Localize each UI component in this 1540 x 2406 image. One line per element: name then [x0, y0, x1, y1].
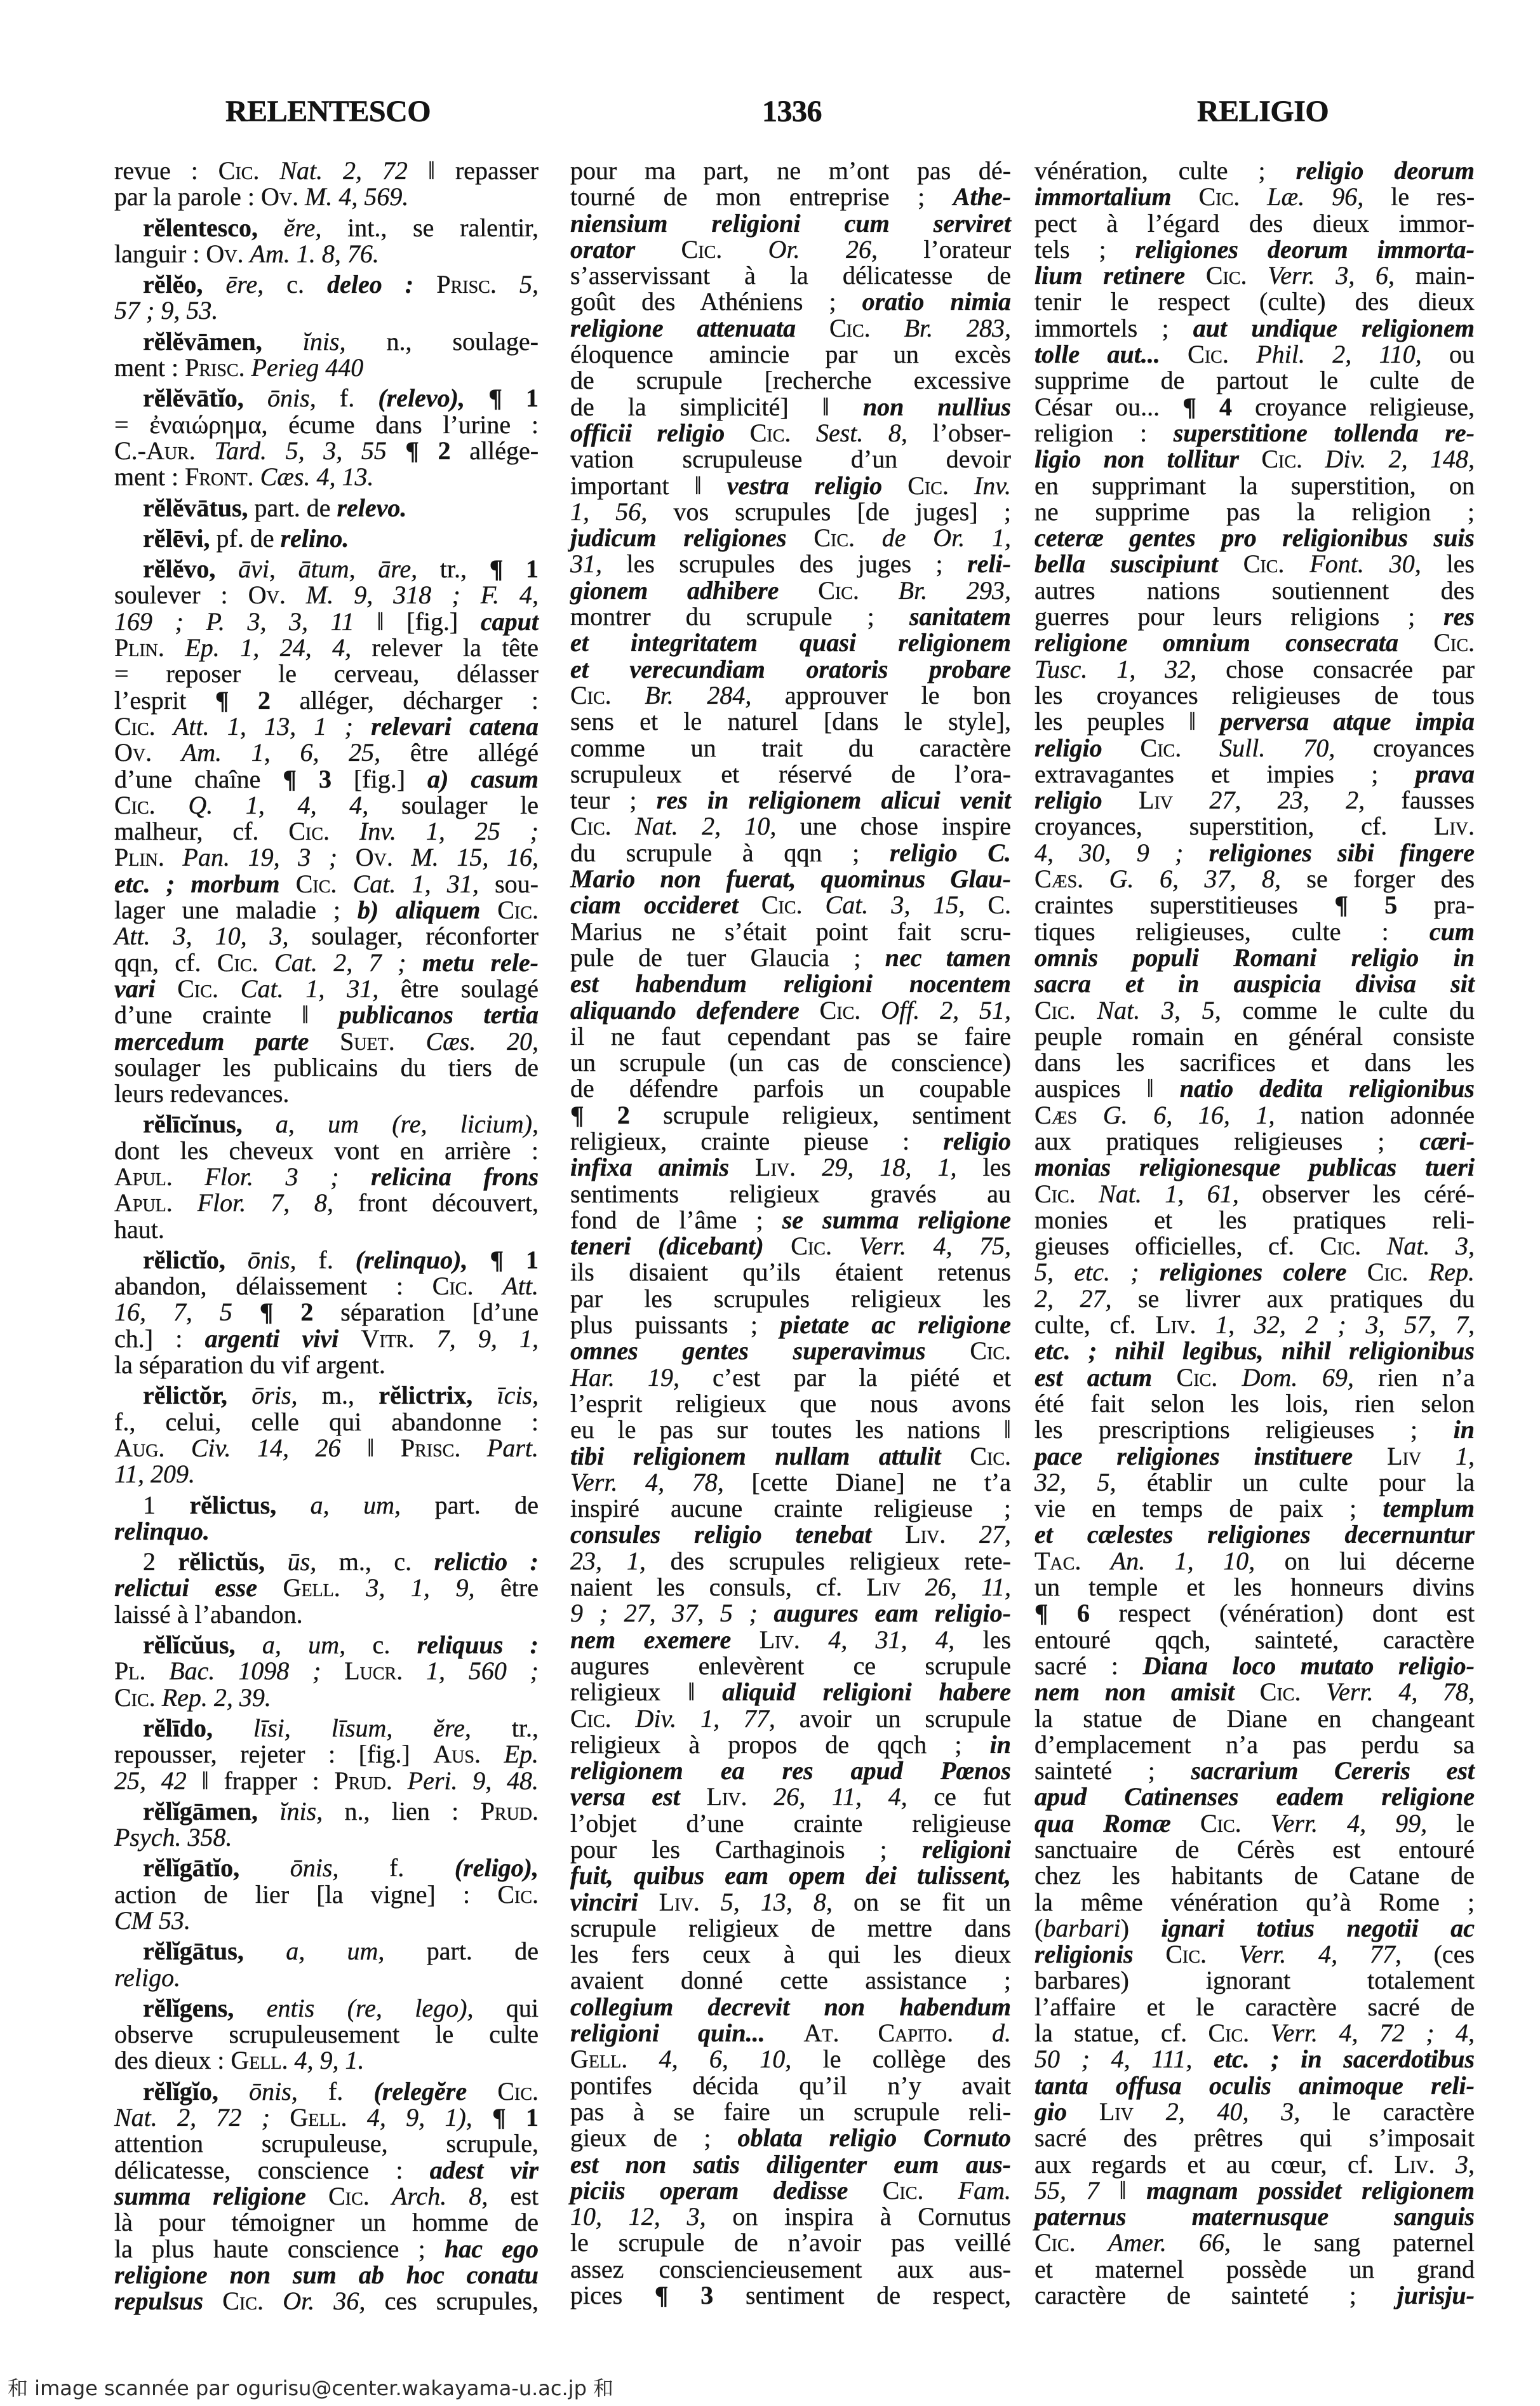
reference: ĭnis, — [279, 1798, 323, 1824]
text-run: n., soulage- — [346, 328, 539, 354]
text-run: naient les consuls, cf. — [570, 1574, 866, 1600]
latin-phrase: nem exemere — [570, 1627, 731, 1653]
text-line: et integritatem quasi religionem — [570, 629, 1011, 655]
text-line: religo. — [114, 1965, 539, 1991]
text-line: Apul. Flor. 7, 8, front découvert, — [114, 1190, 539, 1216]
text-run — [258, 950, 274, 976]
author-abbrev: Cic. — [1199, 184, 1240, 210]
text-run — [337, 871, 352, 897]
headword: rĕlēvi, — [143, 525, 210, 551]
text-line: 9 ; 27, 37, 5 ; augures eam religio- — [570, 1600, 1011, 1626]
reference: Q. 1, 4, 4, — [188, 792, 368, 818]
latin-phrase: relino. — [281, 525, 349, 551]
text-line: CM 53. — [114, 1907, 539, 1933]
text-run — [155, 976, 177, 1002]
text-run — [236, 1632, 262, 1658]
text-run — [638, 1889, 659, 1915]
text-run: autres nations soutiennent des — [1034, 577, 1475, 603]
text-run — [635, 236, 681, 262]
author-abbrev: Cic. — [761, 892, 803, 918]
entry-headline: rĕlĕvātus, part. de relevo. — [114, 495, 539, 521]
text-run: caractère de sainteté ; — [1034, 2282, 1397, 2308]
author-abbrev: Cic. — [497, 2078, 539, 2104]
reference: Tard. 5, 3, 55 — [214, 438, 386, 464]
latin-phrase: sanitatem — [909, 603, 1011, 629]
text-line: pect à l’égard des dieux immor- — [1034, 210, 1475, 236]
text-run: comme un trait du caractère — [570, 735, 1011, 761]
text-run — [1134, 1941, 1166, 1967]
text-run: f., celui, celle qui abandonne : — [114, 1409, 539, 1435]
text-run — [747, 1784, 774, 1810]
text-run: ou — [1422, 341, 1475, 367]
text-run: alléger, décharger : — [271, 687, 539, 713]
text-line: pace religiones instituere Liv 1, — [1034, 1443, 1475, 1469]
reference: Br. 283, — [904, 315, 1011, 341]
latin-phrase: omnes gentes superavimus — [570, 1338, 926, 1364]
latin-phrase: augures eam religio- — [773, 1600, 1011, 1626]
headword: rĕlĭgātĭo, — [143, 1855, 239, 1881]
latin-phrase: piciis operam dedisse — [570, 2177, 848, 2203]
text-run — [309, 1028, 340, 1054]
text-run: m., c. — [316, 1549, 434, 1575]
reference: 57 ; 9, 53. — [114, 297, 218, 323]
latin-phrase: tanta offusa oculis animoque reli- — [1034, 2073, 1475, 2099]
latin-phrase: relicina frons — [371, 1164, 539, 1190]
latin-phrase: religioni quin... — [570, 2020, 765, 2046]
text-line: religione non sum ab hoc conatu — [114, 2262, 539, 2288]
text-line: 4, 30, 9 ; religiones sibi fingere — [1034, 840, 1475, 866]
text-run: approuver le bon — [751, 682, 1011, 708]
text-run: auspices ‖ — [1034, 1075, 1180, 1101]
author-abbrev: Tac. — [1034, 1548, 1081, 1574]
reference: a, um, — [286, 1938, 384, 1964]
entry-headline: rĕlĭgātĭo, ōnis, f. (religo), — [114, 1855, 539, 1881]
author-abbrev: Prud. — [335, 1768, 392, 1794]
reference: M. 15, 16, — [411, 844, 539, 870]
reference: ōris, — [251, 1382, 297, 1408]
text-run: sou- — [479, 871, 539, 897]
reference: M. 9, 318 ; F. 4, — [306, 582, 539, 608]
author-abbrev: Cic. — [970, 1443, 1011, 1469]
text-run: c. — [264, 271, 327, 297]
reference: An. 1, 10, — [1111, 1548, 1255, 1574]
text-run: il ne faut cependant pas se faire — [570, 1023, 1011, 1049]
text-run: plus puissants ; — [570, 1312, 780, 1338]
reference: 29, 18, 1, — [822, 1154, 956, 1180]
text-line: niensium religioni cum serviret — [570, 210, 1011, 236]
text-line: craintes superstitieuses ¶ 5 pra- — [1034, 892, 1475, 918]
latin-phrase: gionem adhibere — [570, 577, 779, 603]
text-run — [254, 464, 260, 490]
text-run — [347, 2104, 367, 2130]
author-abbrev: Cic. — [432, 1273, 474, 1299]
text-run: c’est par la piété et — [680, 1364, 1011, 1390]
text-line: action de lier [la vigne] : Cic. — [114, 1881, 539, 1907]
entry-headline: 2 rĕlictŭs, ūs, m., c. relictio : — [114, 1549, 539, 1575]
text-line: montrer du scrupule ; sanitatem — [570, 603, 1011, 629]
text-run: le res- — [1363, 184, 1475, 210]
entry-headline: rĕlictĭo, ōnis, f. (relinquo), ¶ 1 — [114, 1247, 539, 1273]
text-run — [481, 1741, 504, 1767]
latin-phrase: in — [990, 1731, 1011, 1757]
latin-phrase: infixa animis — [570, 1154, 729, 1180]
author-abbrev: Liv — [1139, 787, 1173, 813]
author-abbrev: Cic. — [1034, 2229, 1076, 2255]
text-line: important ‖ vestra religio Cic. Inv. — [570, 473, 1011, 499]
text-run — [1172, 184, 1199, 210]
text-run: de défendre parfois un coupable — [570, 1075, 1011, 1101]
reference: CM 53. — [114, 1907, 191, 1933]
text-run — [245, 354, 251, 380]
author-abbrev: Cic. — [114, 713, 156, 739]
author-abbrev: Liv. — [1155, 1312, 1196, 1338]
text-run — [213, 1715, 253, 1741]
headword: rĕlictŏr, — [143, 1382, 227, 1408]
text-run: sens et le naturel [dans le style], — [570, 708, 1011, 734]
reference: 4, 9, 1. — [295, 2047, 365, 2073]
latin-phrase: religionem ea res apud Pœnos — [570, 1757, 1011, 1784]
author-abbrev: Cic. — [1165, 1941, 1207, 1967]
latin-phrase: (religo), — [455, 1855, 539, 1881]
reference: 4, 31, 4, — [828, 1627, 954, 1653]
latin-phrase: nem non amisit — [1034, 1679, 1235, 1705]
text-run — [257, 1575, 283, 1601]
reference: Amer. 66, — [1108, 2229, 1231, 2255]
text-line: assez consciencieusement aux aus- — [570, 2256, 1011, 2282]
latin-phrase: ignari totius negotii ac — [1161, 1915, 1475, 1941]
entry-headline: rĕlīcĭnus, a, um (re, licium), — [114, 1111, 539, 1137]
text-line: omnes gentes superavimus Cic. — [570, 1338, 1011, 1364]
latin-phrase: est habendum religioni nocentem — [570, 971, 1011, 997]
text-line: de défendre parfois un coupable — [570, 1075, 1011, 1101]
author-abbrev: C.-Aur. — [114, 438, 196, 464]
author-abbrev: Vitr. — [361, 1326, 414, 1352]
text-line: paternus maternusque sanguis — [1034, 2203, 1475, 2229]
text-line: Cic. Nat. 2, 10, une chose inspire — [570, 813, 1011, 839]
author-abbrev: Prud. — [481, 1798, 539, 1824]
reference: Inv. 1, 25 ; — [359, 818, 539, 844]
text-line: Cic. Div. 1, 77, avoir un scrupule — [570, 1705, 1011, 1731]
text-line: Cic. Nat. 1, 61, observer les céré- — [1034, 1181, 1475, 1207]
latin-phrase: religionis — [1034, 1941, 1134, 1967]
text-line: Cic. Rep. 2, 39. — [114, 1684, 539, 1710]
text-line: Aug. Civ. 14, 26 ‖ Prisc. Part. — [114, 1435, 539, 1461]
reference: a, um, — [311, 1492, 401, 1518]
text-run: être — [474, 1575, 539, 1601]
text-line: il ne faut cependant pas se faire — [570, 1023, 1011, 1049]
text-run — [1218, 551, 1243, 577]
reference: 1, 56, — [570, 499, 647, 525]
text-run: été fait selon les lois, rien selon — [1034, 1390, 1475, 1416]
reference: Nat. 2, 10, — [635, 813, 776, 839]
text-run: établir un culte pour la — [1116, 1469, 1475, 1495]
text-run — [203, 271, 225, 297]
text-line: scrupule religieux de mettre dans — [570, 1915, 1011, 1941]
author-abbrev: Cic. — [218, 158, 260, 184]
author-abbrev: Ov. — [356, 844, 393, 870]
text-run: du scrupule à qqn ; — [570, 840, 890, 866]
text-run — [497, 271, 519, 297]
headword: rĕlīdo, — [143, 1715, 213, 1741]
text-line: gieux de ; oblata religio Cornuto — [570, 2125, 1011, 2151]
reference: Nat. 1, 61, — [1099, 1181, 1239, 1207]
text-run: culte, cf. — [1034, 1312, 1155, 1338]
text-run: barbares) ignorant totalement — [1034, 1967, 1475, 1993]
reference: 26, 11, — [925, 1574, 1011, 1600]
reference: Div. 2, 148, — [1325, 446, 1475, 472]
text-run: fond de l’âme ; — [570, 1207, 782, 1233]
text-run — [859, 577, 899, 603]
author-abbrev: Liv. — [905, 1521, 946, 1547]
text-run: les — [956, 1154, 1011, 1180]
text-run: pas à se faire un scrupule reli- — [570, 2099, 1011, 2125]
latin-phrase: lium retinere — [1034, 262, 1185, 288]
text-line: tiques religieuses, culte : cum — [1034, 918, 1475, 944]
text-line: officii religio Cic. Sest. 8, l’obser- — [570, 420, 1011, 446]
entry-headline: rĕlĭgāmen, ĭnis, n., lien : Prud. — [114, 1798, 539, 1824]
text-line: 16, 7, 5 ¶ 2 séparation [d’une — [114, 1299, 539, 1325]
reference: 27, — [979, 1521, 1011, 1547]
latin-phrase: metu rele- — [422, 950, 539, 976]
latin-phrase: religio — [1034, 787, 1102, 813]
text-run — [800, 1627, 828, 1653]
text-line: par les scrupules religieux les — [570, 1286, 1011, 1312]
reference: Cat. 2, 7 ; — [274, 950, 406, 976]
text-run — [855, 525, 882, 551]
text-line: autres nations soutiennent des — [1034, 577, 1475, 603]
text-line: Cæs G. 6, 16, 1, nation adonnée — [1034, 1102, 1475, 1128]
text-run: vos scrupules [de juges] ; — [647, 499, 1011, 525]
text-line: pas à se faire un scrupule reli- — [570, 2099, 1011, 2125]
text-run: qui — [473, 1995, 539, 2021]
reference: Perieg 440 — [251, 354, 364, 380]
latin-phrase: orator — [570, 236, 635, 262]
text-line: summa religione Cic. Arch. 8, est — [114, 2183, 539, 2209]
sense-marker: ¶ 1 — [492, 2104, 539, 2130]
reference: Peri. 9, 48. — [408, 1768, 539, 1794]
text-run — [215, 556, 238, 582]
headword: rĕlĭcŭus, — [143, 1632, 236, 1658]
text-run — [164, 635, 185, 661]
text-run: observer les céré- — [1239, 1181, 1475, 1207]
reference: 31, — [570, 551, 602, 577]
running-head-right: RELIGIO — [1197, 94, 1329, 130]
text-line: 31, les scrupules des juges ; reli- — [570, 551, 1011, 577]
text-line: soulever : Ov. M. 9, 318 ; F. 4, — [114, 582, 539, 608]
text-run: peuple romain en général consiste — [1034, 1023, 1475, 1049]
latin-phrase: relictio : — [434, 1549, 539, 1575]
text-run: l’objet d’une crainte religieuse — [570, 1810, 1011, 1836]
text-line: culte, cf. Liv. 1, 32, 2 ; 3, 57, 7, — [1034, 1312, 1475, 1338]
reference: 2, 40, 3, — [1166, 2099, 1301, 2125]
text-line: gieuses officielles, cf. Cic. Nat. 3, — [1034, 1233, 1475, 1259]
author-abbrev: Apul. — [114, 1190, 173, 1216]
latin-phrase: monias religionesque publicas tueri — [1034, 1154, 1475, 1180]
reference: ōnis, — [249, 2078, 298, 2104]
reference: Nat. 2, 72 ; — [114, 2104, 270, 2130]
text-line: est non satis diligenter eum aus- — [570, 2151, 1011, 2177]
text-line: Cic. Q. 1, 4, 4, soulager le — [114, 792, 539, 818]
author-abbrev: Liv. — [760, 1627, 800, 1653]
latin-phrase: judicum religiones — [570, 525, 787, 551]
headword: rĕlĕvo, — [143, 556, 215, 582]
latin-phrase: perversa atque impia — [1220, 708, 1475, 734]
text-run: montrer du scrupule ; — [570, 603, 909, 629]
latin-phrase: vari — [114, 976, 155, 1002]
latin-phrase: jurisju- — [1397, 2282, 1475, 2308]
latin-phrase: argenti vivi — [205, 1326, 339, 1352]
text-run: les croyances religieuses de tous — [1034, 682, 1475, 708]
author-abbrev: Apul. — [114, 1164, 173, 1190]
text-run: par les scrupules religieux les — [570, 1286, 1011, 1312]
text-line: vinciri Liv. 5, 13, 8, on se fit un — [570, 1889, 1011, 1915]
author-abbrev: Cic. — [497, 1881, 539, 1907]
reference: Flor. 7, 8, — [198, 1190, 333, 1216]
text-run: un temple et les honneurs divins — [1034, 1574, 1475, 1600]
text-run — [1249, 2020, 1270, 2046]
text-line: tolle aut... Cic. Phil. 2, 110, ou — [1034, 341, 1475, 367]
author-abbrev: Gell. — [290, 2104, 347, 2130]
text-line: 10, 12, 3, on inspira à Cornutus — [570, 2203, 1011, 2229]
text-line: C.-Aur. Tard. 5, 3, 55 ¶ 2 allége- — [114, 438, 539, 464]
latin-phrase: etc. ; in sacerdotibus — [1214, 2046, 1475, 2072]
text-run — [270, 2104, 290, 2130]
headword: rĕlĭgātus, — [143, 1938, 244, 1964]
text-run: des scrupules religieux rete- — [646, 1548, 1011, 1574]
text-line: tibi religionem nullam attulit Cic. — [570, 1443, 1011, 1469]
headword: rĕlĭgĭo, — [143, 2078, 218, 2104]
text-line: religione attenuata Cic. Br. 283, — [570, 315, 1011, 341]
text-run — [800, 997, 820, 1023]
text-run — [298, 184, 305, 210]
latin-phrase: mercedum parte — [114, 1028, 309, 1054]
reference: 169 ; P. 3, 3, 11 — [114, 608, 354, 635]
reference: 1, 32, 2 ; 3, 57, 7, — [1215, 1312, 1475, 1338]
latin-phrase: religiones sibi fingere — [1209, 840, 1475, 866]
author-abbrev: Cæs. — [1034, 866, 1083, 892]
text-run — [225, 1247, 248, 1273]
text-line: l’esprit religieux que nous avons — [570, 1390, 1011, 1416]
text-run: est — [488, 2183, 539, 2209]
reference: Arch. 8, — [392, 2183, 488, 2209]
reference: Br. 293, — [899, 577, 1011, 603]
latin-phrase: publicanos tertia — [339, 1002, 539, 1028]
latin-phrase: religio deorum — [1296, 158, 1475, 184]
text-line: 57 ; 9, 53. — [114, 297, 539, 323]
text-run: ‖ frapper : — [187, 1768, 335, 1794]
reference: 4, 6, 10, — [659, 2046, 792, 2072]
text-line: 1, 56, vos scrupules [de juges] ; — [570, 499, 1011, 525]
text-run: comme le culte du — [1221, 997, 1475, 1023]
text-line: gio Liv 2, 40, 3, le caractère — [1034, 2099, 1475, 2125]
reference: Am. 1. 8, 76. — [250, 241, 379, 267]
text-run: de la simplicité] ‖ — [570, 394, 863, 420]
scan-credit: 和 image scannée par ogurisu@center.wakay… — [8, 2374, 613, 2402]
text-run: éloquence amincie par un excès — [570, 341, 1011, 367]
author-abbrev: Cic. — [222, 2288, 264, 2314]
text-run: l’esprit religieux que nous avons — [570, 1390, 1011, 1416]
text-run: soulager les publicains du tiers de — [114, 1054, 539, 1080]
text-run — [173, 1190, 198, 1216]
text-run: important ‖ — [570, 473, 727, 499]
latin-phrase: deleo : — [327, 271, 413, 297]
text-run: sainteté ; — [1034, 1757, 1191, 1784]
text-line: nem non amisit Cic. Verr. 4, 78, — [1034, 1679, 1475, 1705]
text-line: naient les consuls, cf. Liv 26, 11, — [570, 1574, 1011, 1600]
text-run: [cette Diane] ne t’a — [724, 1469, 1011, 1495]
reference: Verr. 4, 75, — [859, 1233, 1012, 1259]
text-line: eu le pas sur toutes les nations ‖ — [570, 1416, 1011, 1442]
text-run: de scrupule [recherche excessive — [570, 367, 1011, 393]
latin-phrase: sacrarium Cereris est — [1191, 1757, 1475, 1784]
text-run — [1207, 1941, 1239, 1967]
reference: Font. 30, — [1309, 551, 1421, 577]
latin-phrase: est actum — [1034, 1364, 1152, 1390]
sense-marker: ¶ 3 — [283, 766, 331, 792]
headword: rĕlĭgens, — [143, 1995, 234, 2021]
reference: Div. 1, 77, — [636, 1705, 775, 1731]
text-run: respect (vénération) dont est — [1090, 1600, 1475, 1626]
text-line: Apul. Flor. 3 ; relicina frons — [114, 1164, 539, 1190]
text-run: f. — [316, 385, 378, 411]
text-run: pra- — [1397, 892, 1475, 918]
text-run: haut. — [114, 1216, 164, 1242]
text-line: immortels ; aut undique religionem — [1034, 315, 1475, 341]
text-run — [395, 1028, 426, 1054]
author-abbrev: Cic. — [1177, 1364, 1218, 1390]
text-run — [1077, 1102, 1103, 1128]
reference: Ep. — [504, 1741, 539, 1767]
text-run: se livrer aux pratiques du — [1111, 1286, 1475, 1312]
text-run: ) — [1121, 1915, 1162, 1941]
text-run: être allégé — [380, 739, 539, 765]
reference: Att. 1, 13, 1 ; — [173, 713, 353, 739]
latin-phrase: relevari catena — [371, 713, 539, 739]
text-run — [353, 713, 371, 739]
text-line: vari Cic. Cat. 1, 31, être soulagé — [114, 976, 539, 1002]
author-abbrev: Liv. — [659, 1889, 700, 1915]
text-line: leurs redevances. — [114, 1080, 539, 1106]
reference: 55, 7 — [1034, 2177, 1099, 2203]
author-abbrev: Cic. — [570, 813, 612, 839]
text-run — [413, 271, 436, 297]
headword: rĕlĭgāmen, — [143, 1798, 258, 1824]
author-abbrev: Cic. — [570, 682, 612, 708]
text-line: judicum religiones Cic. de Or. 1, — [570, 525, 1011, 551]
text-run — [306, 2183, 328, 2209]
reference: 27, 23, 2, — [1209, 787, 1365, 813]
text-line: = reposer le cerveau, délasser — [114, 661, 539, 687]
text-run — [258, 215, 284, 241]
sense-marker: ¶ 6 — [1034, 1600, 1090, 1626]
text-run: le caractère — [1300, 2099, 1475, 2125]
reference: Cæs. 20, — [425, 1028, 539, 1054]
text-run — [258, 1798, 279, 1824]
reference: Læ. 96, — [1267, 184, 1363, 210]
text-line: les peuples ‖ perversa atque impia — [1034, 708, 1475, 734]
entry-headline: rĕlentesco, ĕre, int., se ralentir, — [114, 215, 539, 241]
text-line: Plin. Ep. 1, 24, 4, relever la tête — [114, 635, 539, 661]
author-abbrev: Ov. — [114, 739, 152, 765]
author-abbrev: Cic. — [750, 420, 791, 446]
reference: 11, 209. — [114, 1461, 195, 1487]
author-abbrev: Plin. — [114, 635, 164, 661]
text-line: tourné de mon entreprise ; Athe- — [570, 184, 1011, 210]
reference: Br. 284, — [645, 682, 751, 708]
text-run: d’une chaîne — [114, 766, 283, 792]
text-run: la plus haute conscience ; — [114, 2236, 445, 2262]
text-run — [1240, 184, 1267, 210]
